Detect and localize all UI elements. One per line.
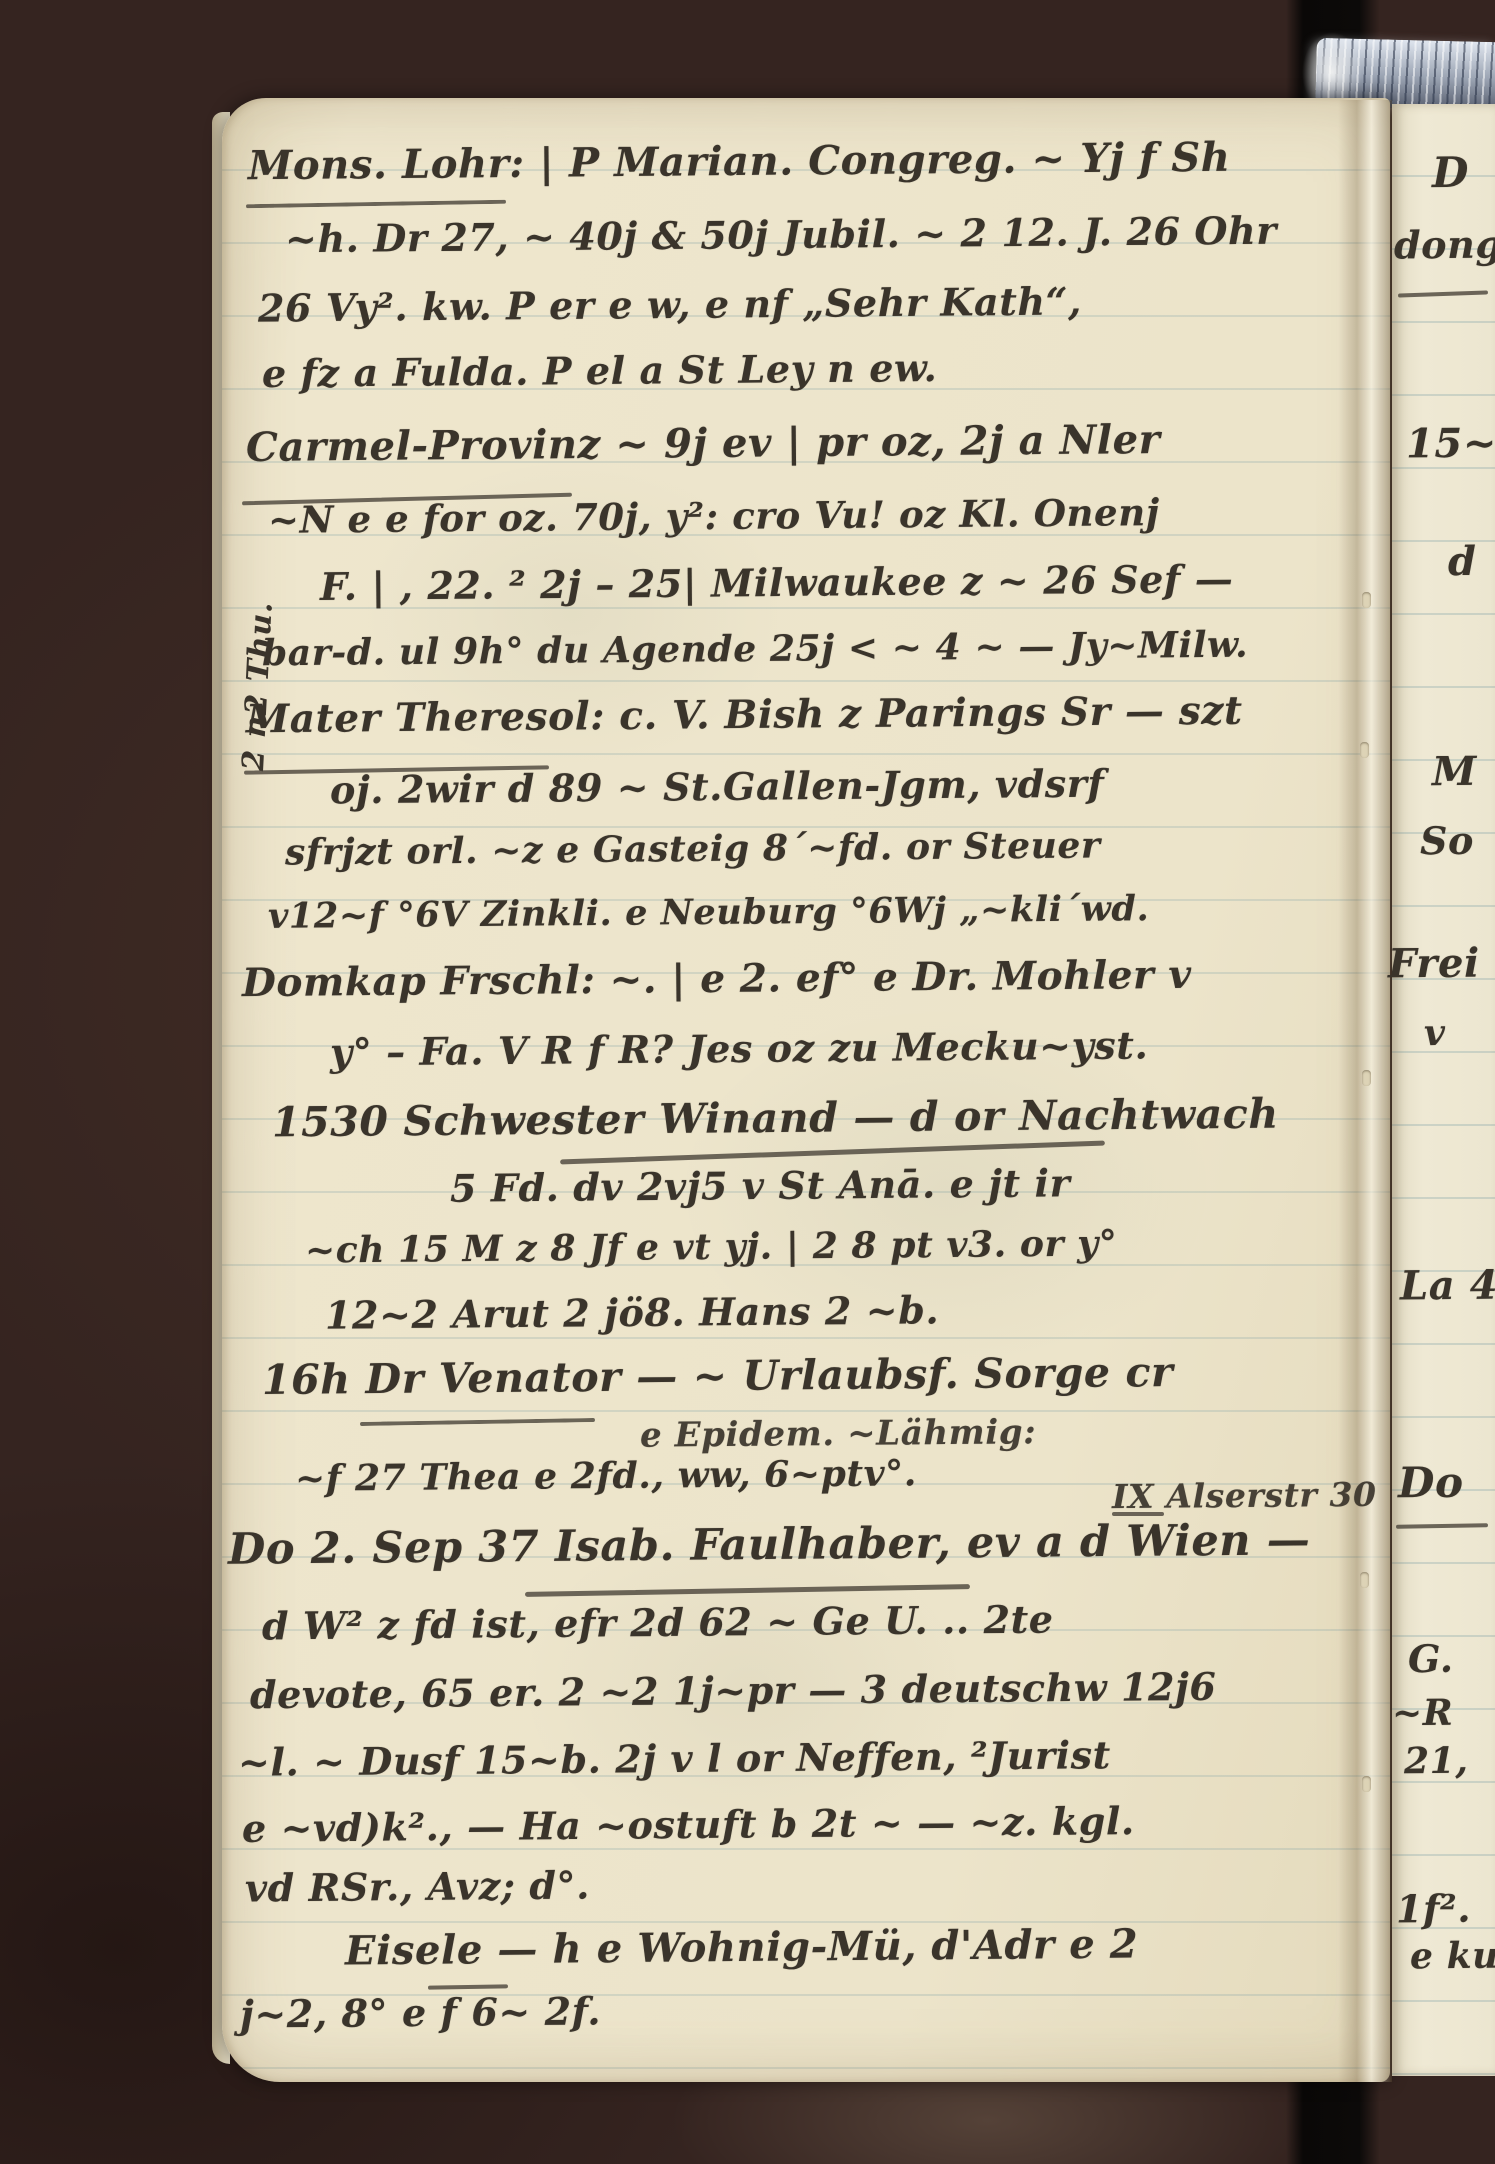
handwriting-line: Eisele — h e Wohnig-Mü, d'Adr e 2 [345,1921,1139,1975]
handwriting-fragment: La 4. [1400,1262,1495,1310]
notebook-photo: Mons. Lohr: | P Marian. Congreg. ~ Yj f … [0,0,1495,2164]
handwriting-line: vd RSr., Avz; d°. [245,1862,590,1910]
handwriting-fragment: M [1432,748,1477,795]
address-note: IX Alserstr 30 [1112,1475,1377,1516]
handwriting-fragment: v [1424,1012,1446,1054]
handwriting-line: Carmel-Provinz ~ 9j ev | pr oz, 2j a Nle… [246,416,1161,471]
stitch-mark [1362,592,1371,608]
ink-underline [1112,1512,1164,1516]
handwriting-line: devote, 65 er. 2 ~2 1j~pr — 3 deutschw 1… [250,1664,1217,1717]
handwriting-line: 5 Fd. dv 2vj5 v St Anā. e jt ir [450,1160,1071,1210]
handwriting-line: Do 2. Sep 37 Isab. Faulhaber, ev a d Wie… [228,1515,1311,1574]
stitch-mark [1360,742,1369,758]
handwriting-line: ~h. Dr 27, ~ 40j & 50j Jubil. ~ 2 12. J.… [285,208,1277,262]
handwriting-fragment: D [1432,148,1469,197]
handwriting-line-inserted: e Epidem. ~Lähmig: [640,1412,1037,1455]
handwriting-fragment: 1f². [1396,1886,1471,1932]
handwriting-line: Mater Theresol: c. V. Bish z Parings Sr … [246,688,1243,743]
handwriting-fragment: G. [1408,1636,1454,1681]
handwriting-line: ~l. ~ Dusf 15~b. 2j v l or Neffen, ²Juri… [238,1732,1111,1785]
handwriting-fragment: Do [1398,1458,1464,1508]
handwriting-line: Mons. Lohr: | P Marian. Congreg. ~ Yj f … [248,134,1231,190]
handwriting-fragment: So [1420,818,1474,863]
handwriting-line: d W² z fd ist, efr 2d 62 ~ Ge U. .. 2te [262,1597,1054,1649]
handwriting-line: bar-d. ul 9h° du Agende 25j < ~ 4 ~ — Jy… [262,624,1248,675]
handwriting-fragment: ~R [1392,1692,1454,1735]
stitch-mark [1360,1572,1369,1588]
stitch-mark [1362,1776,1371,1792]
handwriting-line: F. | , 22. ² 2j – 25| Milwaukee z ~ 26 S… [320,556,1234,609]
handwriting-line: e ~vd)k²., — Ha ~ostuft b 2t ~ — ~z. kgl… [242,1798,1135,1851]
handwriting-line: 16h Dr Venator — ~ Urlaubsf. Sorge cr [262,1348,1174,1404]
handwriting-line: ~f 27 Thea e 2fd., ww, 6~ptv°. [295,1452,917,1499]
stitch-mark [1362,1070,1371,1086]
handwriting-line: ~ch 15 M z 8 Jf e vt yj. | 2 8 pt v3. or… [305,1222,1118,1271]
handwriting-fragment: 15~ [1406,420,1495,468]
handwriting-fragment: Frei [1388,940,1480,988]
handwriting-line: Domkap Frschl: ~. | e 2. ef° e Dr. Mohle… [242,952,1192,1006]
handwriting-fragment: e ku [1410,1935,1495,1978]
handwriting-line: v12~f °6V Zinkli. e Neuburg °6Wj „~kli´w… [268,888,1150,937]
handwriting-fragment: dong [1394,222,1495,268]
handwriting-line: e fz a Fulda. P el a St Ley n ew. [262,345,938,396]
handwriting-fragment: 21, [1404,1740,1469,1783]
handwriting-line: 12~2 Arut 2 jö8. Hans 2 ~b. [325,1287,940,1337]
handwriting-fragment: d [1448,538,1477,585]
handwriting-line: 1530 Schwester Winand — d or Nachtwach [272,1090,1279,1147]
handwriting-line: 26 Vy². kw. P er e w, e nf „Sehr Kath“, [258,278,1082,330]
handwriting-line: y° – Fa. V R f R? Jes oz zu Mecku~yst. [330,1022,1149,1074]
handwriting-line: sfrjzt orl. ~z e Gasteig 8´~fd. or Steue… [285,824,1101,873]
handwriting-line: j~2, 8° e f 6~ 2f. [240,1988,602,2036]
